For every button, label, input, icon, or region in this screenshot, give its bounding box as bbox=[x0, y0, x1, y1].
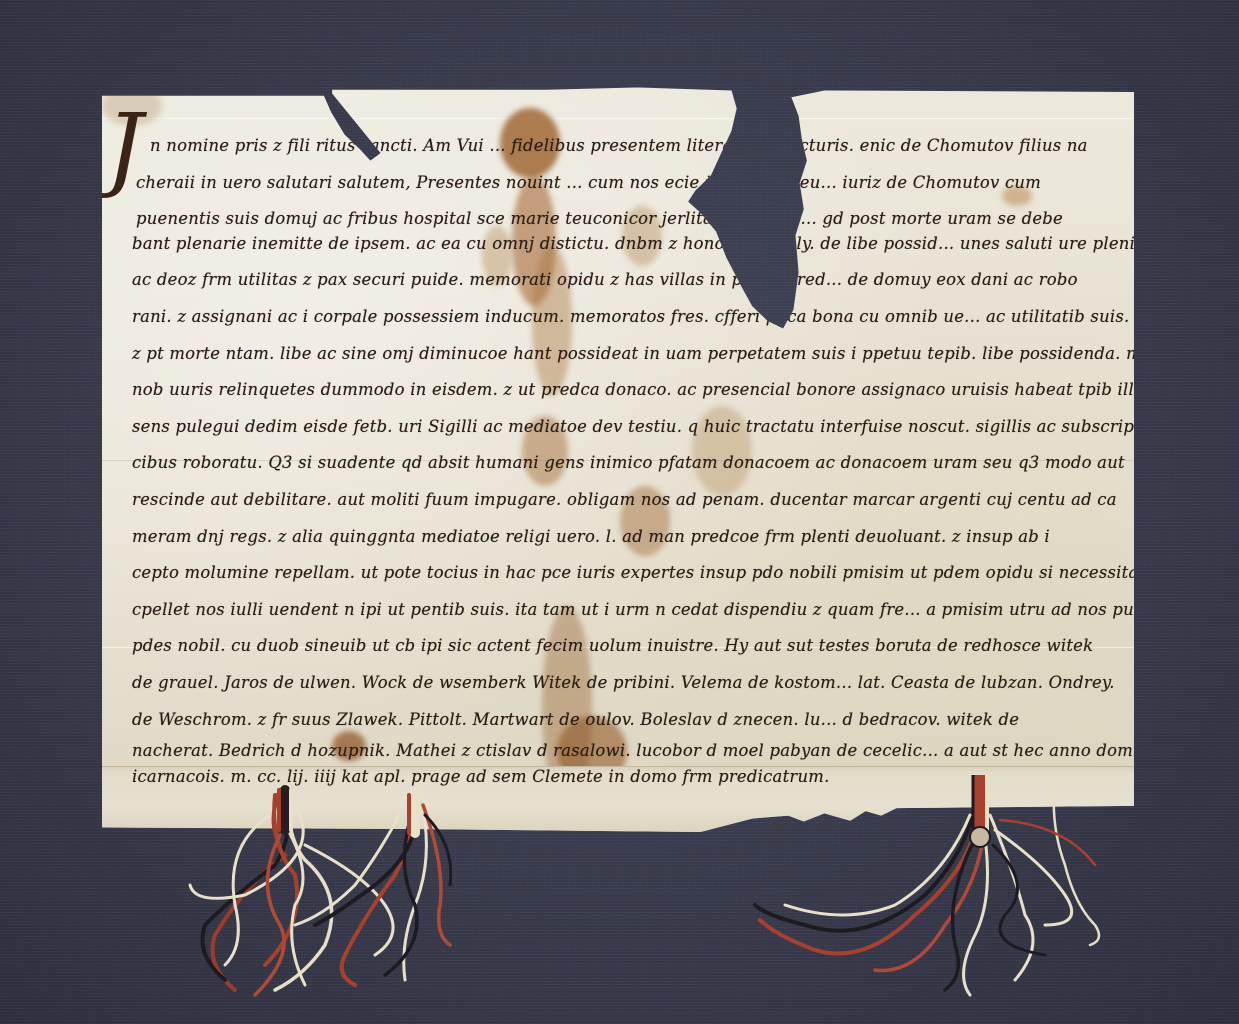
text-line: cibus roboratu. Q3 si suadente qd absit … bbox=[132, 445, 1117, 482]
text-line: rescinde aut debilitare. aut moliti fuum… bbox=[132, 482, 1117, 519]
text-line: ac deoz frm utilitas z pax securi puide.… bbox=[132, 262, 1117, 299]
fold-crease bbox=[102, 118, 1134, 119]
text-line: n nomine pris z fili ritus sancti. Am Vu… bbox=[132, 128, 1117, 165]
text-line: cepto molumine repellam. ut pote tocius … bbox=[132, 555, 1117, 592]
text-line: nacherat. Bedrich d hozupnik. Mathei z c… bbox=[132, 738, 1117, 764]
text-line: nob uuris relinquetes dummodo in eisdem.… bbox=[132, 372, 1117, 409]
text-line: z pt morte ntam. libe ac sine omj diminu… bbox=[132, 336, 1117, 373]
seal-cord-tassel-right bbox=[745, 775, 1145, 1000]
text-line: de Weschrom. z fr suus Zlawek. Pittolt. … bbox=[132, 702, 1117, 739]
display-background-fabric: J n nomine pris z fili ritus sancti. Am … bbox=[0, 0, 1239, 1024]
text-line: bant plenarie inemitte de ipsem. ac ea c… bbox=[132, 226, 1117, 263]
charter-text: n nomine pris z fili ritus sancti. Am Vu… bbox=[132, 128, 1117, 790]
text-line: cpellet nos iulli uendent n ipi ut penti… bbox=[132, 592, 1117, 629]
text-line: pdes nobil. cu duob sineuib ut cb ipi si… bbox=[132, 628, 1117, 665]
text-line: rani. z assignani ac i corpale possessie… bbox=[132, 299, 1117, 336]
text-line: meram dnj regs. z alia quinggnta mediato… bbox=[132, 519, 1117, 556]
text-line: de grauel. Jaros de ulwen. Wock de wsemb… bbox=[132, 665, 1117, 702]
seal-cord-tassel-left bbox=[185, 785, 465, 1000]
text-line: cheraii in uero salutari salutem, Presen… bbox=[132, 165, 1117, 202]
text-line: sens pulegui dedim eisde fetb. uri Sigil… bbox=[132, 409, 1117, 446]
charter-parchment: J n nomine pris z fili ritus sancti. Am … bbox=[102, 86, 1134, 832]
